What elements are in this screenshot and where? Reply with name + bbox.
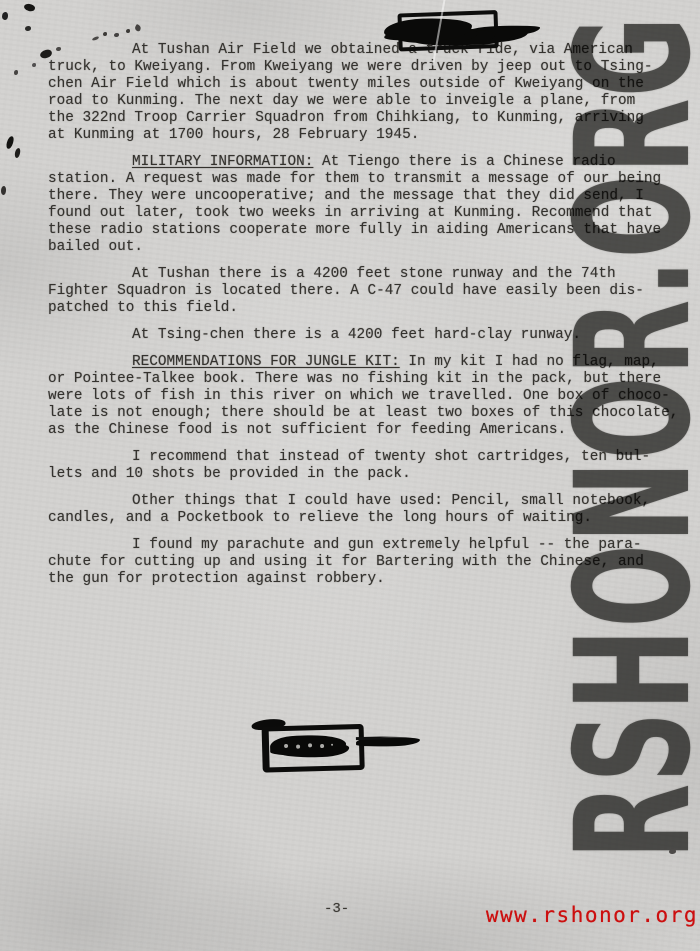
paragraph: At Tsing-chen there is a 4200 feet hard-… bbox=[48, 327, 700, 344]
document-line: at Kunming at 1700 hours, 28 February 19… bbox=[48, 127, 700, 144]
document-line: lets and 10 shots be provided in the pac… bbox=[48, 466, 700, 483]
document-line: Fighter Squadron is located there. A C-4… bbox=[48, 283, 700, 300]
scanned-document-page: At Tushan Air Field we obtained a truck … bbox=[0, 0, 700, 951]
pencil-mark bbox=[56, 47, 61, 51]
pencil-mark bbox=[14, 70, 18, 75]
stamp-highlight-dots bbox=[284, 744, 288, 748]
pencil-mark bbox=[92, 36, 100, 41]
ink-speck bbox=[25, 26, 31, 31]
document-line: truck, to Kweiyang. From Kweiyang we wer… bbox=[48, 59, 700, 76]
paragraph: I found my parachute and gun extremely h… bbox=[48, 537, 700, 588]
section-heading: MILITARY INFORMATION: bbox=[132, 154, 313, 170]
document-line: late is not enough; there should be at l… bbox=[48, 405, 700, 422]
paragraph: At Tushan there is a 4200 feet stone run… bbox=[48, 266, 700, 317]
document-line: bailed out. bbox=[48, 239, 700, 256]
document-line: RECOMMENDATIONS FOR JUNGLE KIT: In my ki… bbox=[48, 354, 700, 371]
pencil-mark bbox=[114, 33, 119, 37]
document-line: as the Chinese food is not sufficient fo… bbox=[48, 422, 700, 439]
stamp-ink-tail bbox=[356, 736, 400, 740]
paragraph: Other things that I could have used: Pen… bbox=[48, 493, 700, 527]
document-line: At Tushan there is a 4200 feet stone run… bbox=[48, 266, 700, 283]
document-line: or Pointee-Talkee book. There was no fis… bbox=[48, 371, 700, 388]
document-line: candles, and a Pocketbook to relieve the… bbox=[48, 510, 700, 527]
document-line: chen Air Field which is about twenty mil… bbox=[48, 76, 700, 93]
document-line: were lots of fish in this river on which… bbox=[48, 388, 700, 405]
document-text: At Tushan Air Field we obtained a truck … bbox=[48, 42, 700, 598]
document-line: chute for cutting up and using it for Ba… bbox=[48, 554, 700, 571]
ink-speck bbox=[1, 186, 6, 195]
document-line: At Tsing-chen there is a 4200 feet hard-… bbox=[48, 327, 700, 344]
pencil-mark bbox=[32, 63, 36, 67]
pencil-mark bbox=[126, 29, 130, 33]
ink-stamp-bottom bbox=[245, 713, 401, 772]
ink-speck bbox=[14, 148, 21, 159]
paragraph: MILITARY INFORMATION: At Tiengo there is… bbox=[48, 154, 700, 256]
document-line: road to Kunming. The next day we were ab… bbox=[48, 93, 700, 110]
document-line: station. A request was made for them to … bbox=[48, 171, 700, 188]
document-line: the 322nd Troop Carrier Squadron from Ch… bbox=[48, 110, 700, 127]
page-number: -3- bbox=[324, 901, 349, 918]
document-line: found out later, took two weeks in arriv… bbox=[48, 205, 700, 222]
pencil-mark bbox=[134, 24, 142, 32]
document-line: I recommend that instead of twenty shot … bbox=[48, 449, 700, 466]
document-line: patched to this field. bbox=[48, 300, 700, 317]
document-line: MILITARY INFORMATION: At Tiengo there is… bbox=[48, 154, 700, 171]
document-line: the gun for protection against robbery. bbox=[48, 571, 700, 588]
section-heading: RECOMMENDATIONS FOR JUNGLE KIT: bbox=[132, 354, 400, 370]
paragraph: RECOMMENDATIONS FOR JUNGLE KIT: In my ki… bbox=[48, 354, 700, 439]
document-line: Other things that I could have used: Pen… bbox=[48, 493, 700, 510]
ink-speck bbox=[5, 135, 14, 149]
document-line: I found my parachute and gun extremely h… bbox=[48, 537, 700, 554]
paragraph: At Tushan Air Field we obtained a truck … bbox=[48, 42, 700, 144]
site-url: www.rshonor.org bbox=[486, 903, 698, 927]
pencil-mark bbox=[103, 32, 107, 36]
paragraph: I recommend that instead of twenty shot … bbox=[48, 449, 700, 483]
ink-speck bbox=[23, 2, 36, 12]
document-line: these radio stations cooperate more full… bbox=[48, 222, 700, 239]
document-line: there. They were uncooperative; and the … bbox=[48, 188, 700, 205]
document-line: At Tushan Air Field we obtained a truck … bbox=[48, 42, 700, 59]
ink-speck bbox=[2, 12, 8, 20]
ink-speck bbox=[669, 849, 676, 854]
